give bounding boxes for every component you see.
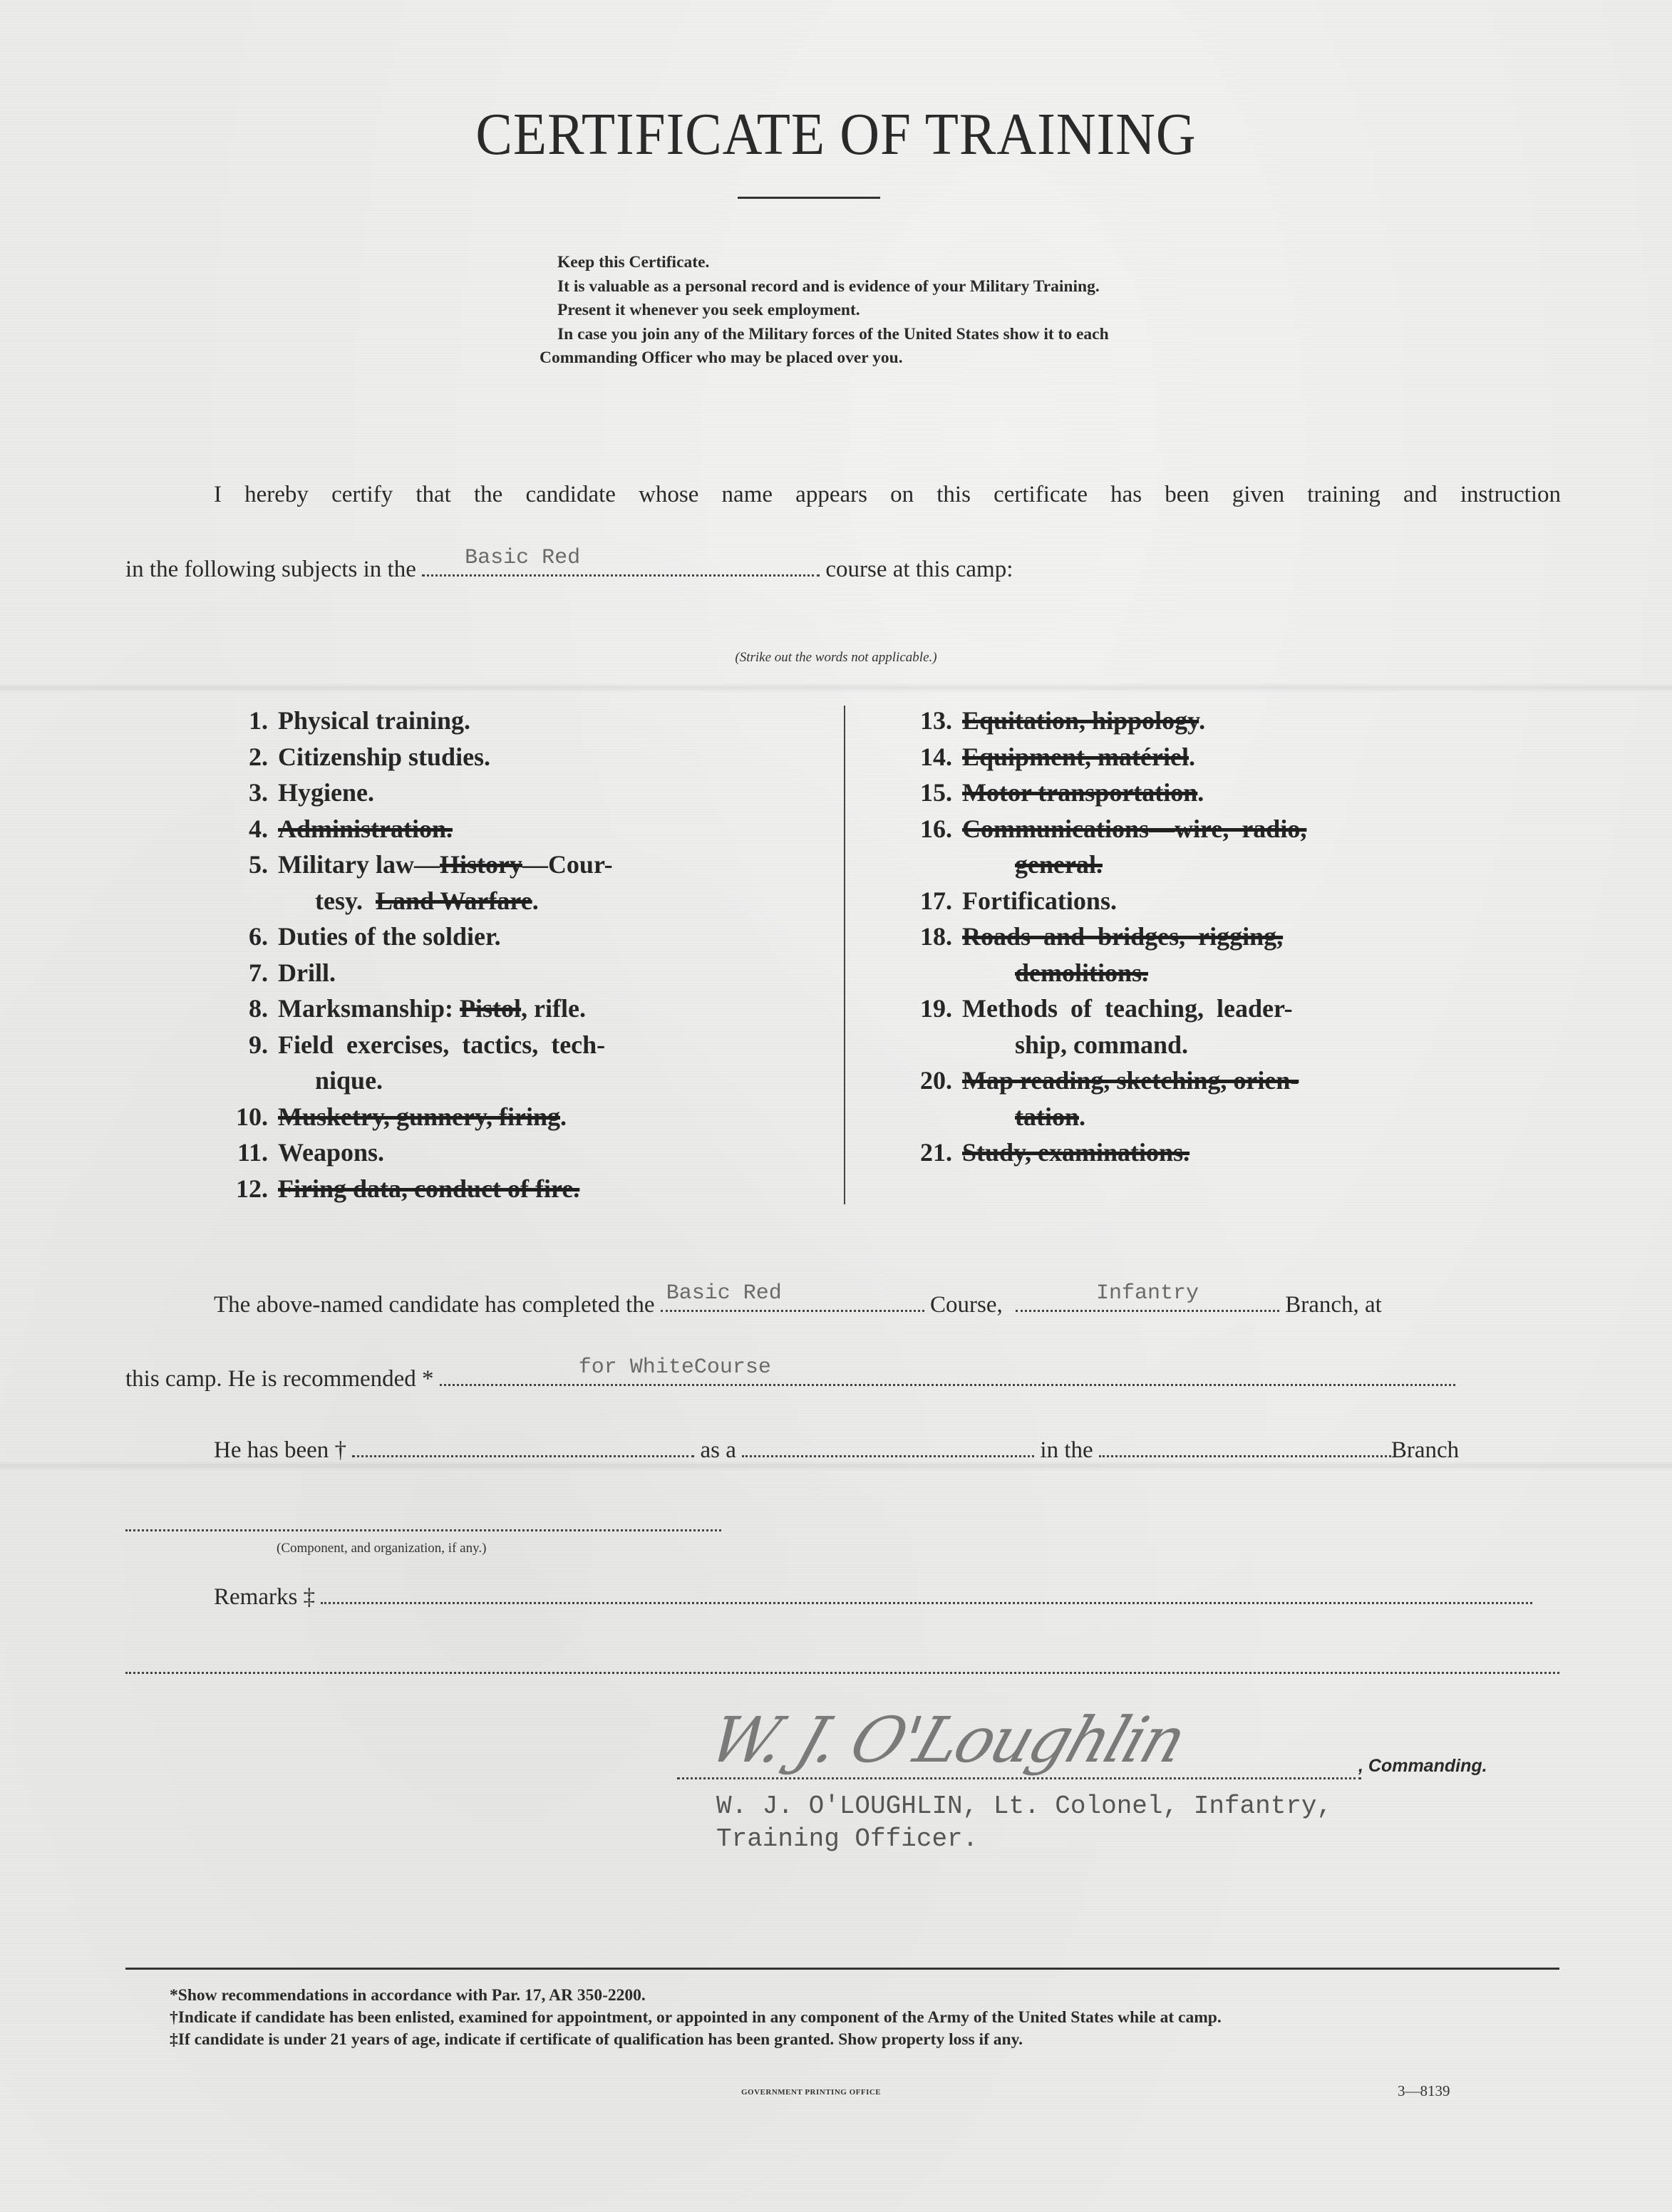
subject-text-part: Marksmanship: [278,994,460,1023]
as-a-field[interactable] [742,1437,1034,1457]
struck-text: Firing data, conduct of fire. [278,1174,579,1203]
subject-item: 21.Study, examinations. [867,1137,1190,1167]
subject-text: Fortifications. [962,887,1117,915]
completion-prefix: The above-named candidate has completed … [214,1292,654,1318]
subject-text: Roads and bridges, rigging, [962,922,1283,951]
subject-item: 11.Weapons. [197,1137,384,1167]
subject-number: 13. [867,706,952,735]
struck-text: Roads and bridges, rigging, [962,922,1283,951]
branch-value: Infantry [1016,1281,1279,1306]
subject-item: 4.Administration. [197,814,453,844]
notice-line: Present it whenever you seek employment. [540,299,1160,323]
subject-text-part: Field exercises, tactics, tech- [278,1030,605,1059]
subject-text: Equitation, hippology. [962,706,1205,735]
subject-text: Citizenship studies. [278,743,490,771]
in-the-label: in the [1040,1437,1093,1463]
subject-text-part: Military law— [278,850,440,879]
subject-text-part: Fortifications. [962,887,1117,915]
subject-item: 8.Marksmanship: Pistol, rifle. [197,993,586,1023]
subject-item: 7.Drill. [197,958,336,988]
subject-text: Drill. [278,958,336,987]
subject-text-part: . [532,887,539,915]
notice-line: It is valuable as a personal record and … [540,275,1160,299]
subject-text-part: . [1197,778,1204,807]
subject-number: 11. [197,1137,268,1167]
subject-text-part: Duties of the soldier. [278,922,501,951]
course-field[interactable]: Basic Red [422,556,820,577]
remarks-line: Remarks ‡ [214,1583,1532,1611]
subject-text-part: Methods of teaching, leader- [962,994,1293,1023]
subject-text: tesy. Land Warfare. [315,887,539,915]
subject-number: 21. [867,1137,952,1167]
branch-label: Branch, at [1285,1292,1382,1318]
form-number: 3—8139 [1398,2082,1450,2100]
subject-text: Equipment, matériel. [962,743,1195,771]
remarks-field[interactable] [321,1583,1532,1604]
notice-block: Keep this Certificate. It is valuable as… [540,251,1160,371]
service-branch-label: Branch [1391,1437,1459,1463]
subject-text-part: Hygiene. [278,778,374,807]
subject-number: 16. [867,814,952,844]
subject-number: 1. [197,706,268,735]
subject-number: 5. [197,849,268,879]
page-title: CERTIFICATE OF TRAINING [67,100,1605,169]
subject-text: Methods of teaching, leader- [962,994,1293,1023]
course-label: Course, [930,1292,1003,1318]
subject-item: 17.Fortifications. [867,886,1117,916]
subject-text: Musketry, gunnery, firing. [278,1102,567,1131]
subject-text: Firing data, conduct of fire. [278,1174,579,1203]
struck-text: Land Warfare [376,887,532,915]
struck-text: Pistol [460,994,521,1023]
subject-item: 20.Map reading, sketching, orien- [867,1065,1299,1095]
subject-item: 14.Equipment, matériel. [867,742,1195,772]
subject-item: 19.Methods of teaching, leader- [867,993,1293,1023]
officer-name-block: W. J. O'LOUGHLIN, Lt. Colonel, Infantry,… [716,1790,1332,1856]
recommendation-prefix: this camp. He is recommended * [125,1366,434,1392]
subject-number: 3. [197,777,268,807]
notice-line: Keep this Certificate. [540,251,1160,275]
component-field[interactable] [125,1529,721,1531]
subject-text: Physical training. [278,706,470,735]
struck-text: tation [1015,1102,1079,1131]
subject-item: 18.Roads and bridges, rigging, [867,921,1283,951]
subject-text-part: Drill. [278,958,336,987]
service-branch-field[interactable] [1099,1437,1391,1457]
subject-item: tesy. Land Warfare. [197,886,539,916]
branch-field[interactable]: Infantry [1016,1291,1279,1312]
struck-text: Musketry, gunnery, firing [278,1102,560,1131]
subject-item: 6.Duties of the soldier. [197,921,501,951]
subject-number: 15. [867,777,952,807]
subject-text: nique. [315,1066,383,1095]
subject-item: 9.Field exercises, tactics, tech- [197,1030,605,1060]
subject-item: 16.Communications—wire, radio, [867,814,1306,844]
footnote-dagger: †Indicate if candidate has been enlisted… [125,2007,1559,2029]
subject-text: Map reading, sketching, orien- [962,1066,1299,1095]
subject-item: 13.Equitation, hippology. [867,706,1205,735]
subject-text: demolitions. [1015,958,1148,987]
struck-text: Study, examinations. [962,1138,1190,1167]
subject-item: nique. [197,1065,383,1095]
subject-number: 9. [197,1030,268,1060]
officer-name: W. J. O'LOUGHLIN, Lt. Colonel, Infantry, [716,1790,1332,1823]
subject-item: 5.Military law—History—Cour- [197,849,613,879]
subject-item: 10.Musketry, gunnery, firing. [197,1102,567,1132]
subject-text-part: . [1199,706,1205,735]
subject-text-part: Weapons. [278,1138,384,1167]
struck-text: Equipment, matériel [962,743,1189,771]
completed-course-field[interactable]: Basic Red [661,1291,924,1312]
subject-text: Weapons. [278,1138,384,1167]
struck-text: Administration. [278,815,453,843]
struck-text: Communications—wire, radio, [962,815,1306,843]
subject-text: Study, examinations. [962,1138,1190,1167]
subject-item: tation. [867,1102,1085,1132]
paper-fold [0,683,1672,693]
struck-text: Map reading, sketching, orien- [962,1066,1299,1095]
certify-statement: I hereby certify that the candidate whos… [214,482,1561,508]
struck-text: Motor transportation [962,778,1197,807]
subject-item: 2.Citizenship studies. [197,742,490,772]
subject-number: 20. [867,1065,952,1095]
subject-text: Military law—History—Cour- [278,850,613,879]
subject-text: Motor transportation. [962,778,1204,807]
remarks-field-continued[interactable] [125,1672,1559,1674]
subject-text-part: . [1079,1102,1085,1131]
subject-text: tation. [1015,1102,1085,1131]
subject-item: 3.Hygiene. [197,777,374,807]
subject-number: 18. [867,921,952,951]
title-divider [738,197,880,199]
column-divider [844,706,845,1204]
subject-text-part: . [1189,743,1195,771]
subject-text: Communications—wire, radio, [962,815,1306,843]
subject-text: Field exercises, tactics, tech- [278,1030,605,1059]
subject-text-part: —Cour- [522,850,613,879]
footnote-double-dagger: ‡If candidate is under 21 years of age, … [125,2029,1559,2051]
subject-text: Duties of the soldier. [278,922,501,951]
notice-line: In case you join any of the Military for… [540,323,1160,371]
footnote-divider [125,1968,1559,1970]
completed-course-value: Basic Red [666,1281,924,1306]
printer-imprint: GOVERNMENT PRINTING OFFICE [741,2088,881,2097]
subject-number: 17. [867,886,952,916]
as-a-label: as a [701,1437,736,1463]
subject-item: 15.Motor transportation. [867,777,1204,807]
subject-number: 2. [197,742,268,772]
recommendation-field[interactable]: for WhiteCourse [440,1365,1455,1386]
subject-number: 19. [867,993,952,1023]
struck-text: general. [1015,850,1103,879]
struck-text: History [440,850,522,879]
struck-text: Equitation, hippology [962,706,1199,735]
subject-text-part: , rifle. [521,994,586,1023]
subject-text: Marksmanship: Pistol, rifle. [278,994,586,1023]
subject-text-part: Citizenship studies. [278,743,490,771]
subject-text-part: . [560,1102,567,1131]
subject-text: Administration. [278,815,453,843]
signature-line [677,1777,1361,1779]
subject-item: ship, command. [867,1030,1188,1060]
recommendation-line: this camp. He is recommended * for White… [125,1365,1455,1392]
subject-text-part: Physical training. [278,706,470,735]
footnote-star: *Show recommendations in accordance with… [125,1985,1559,2007]
subject-text-part: ship, command. [1015,1030,1188,1059]
subject-number: 10. [197,1102,268,1132]
subject-text: general. [1015,850,1103,879]
service-line: He has been † as a in the Branch [214,1437,1459,1464]
course-line: in the following subjects in the Basic R… [125,556,1013,583]
course-field-value: Basic Red [465,546,820,570]
footnotes: *Show recommendations in accordance with… [125,1985,1559,2051]
has-been-label: He has been † [214,1437,346,1463]
subject-item: 12.Firing data, conduct of fire. [197,1174,579,1204]
course-line-suffix: course at this camp: [825,557,1013,582]
subject-text: ship, command. [1015,1030,1188,1059]
subject-number: 14. [867,742,952,772]
commanding-label: , Commanding. [1358,1756,1487,1777]
subject-text-part: nique. [315,1066,383,1095]
subject-number: 4. [197,814,268,844]
subject-number: 8. [197,993,268,1023]
course-line-prefix: in the following subjects in the [125,557,416,582]
struck-text: demolitions. [1015,958,1148,987]
recommendation-value: for WhiteCourse [579,1355,1455,1380]
component-note: (Component, and organization, if any.) [277,1541,486,1556]
remarks-label: Remarks ‡ [214,1584,315,1610]
strike-note: (Strike out the words not applicable.) [0,650,1672,666]
subject-number: 12. [197,1174,268,1204]
completion-line: The above-named candidate has completed … [214,1291,1382,1318]
subject-item: 1.Physical training. [197,706,470,735]
subject-number: 6. [197,921,268,951]
signature: W. J. O'Loughlin [701,1703,1193,1777]
subject-text-part: tesy. [315,887,376,915]
subject-item: general. [867,849,1103,879]
subject-number: 7. [197,958,268,988]
subject-text: Hygiene. [278,778,374,807]
has-been-field[interactable] [352,1437,694,1457]
officer-title: Training Officer. [716,1823,1332,1856]
subject-item: demolitions. [867,958,1148,988]
